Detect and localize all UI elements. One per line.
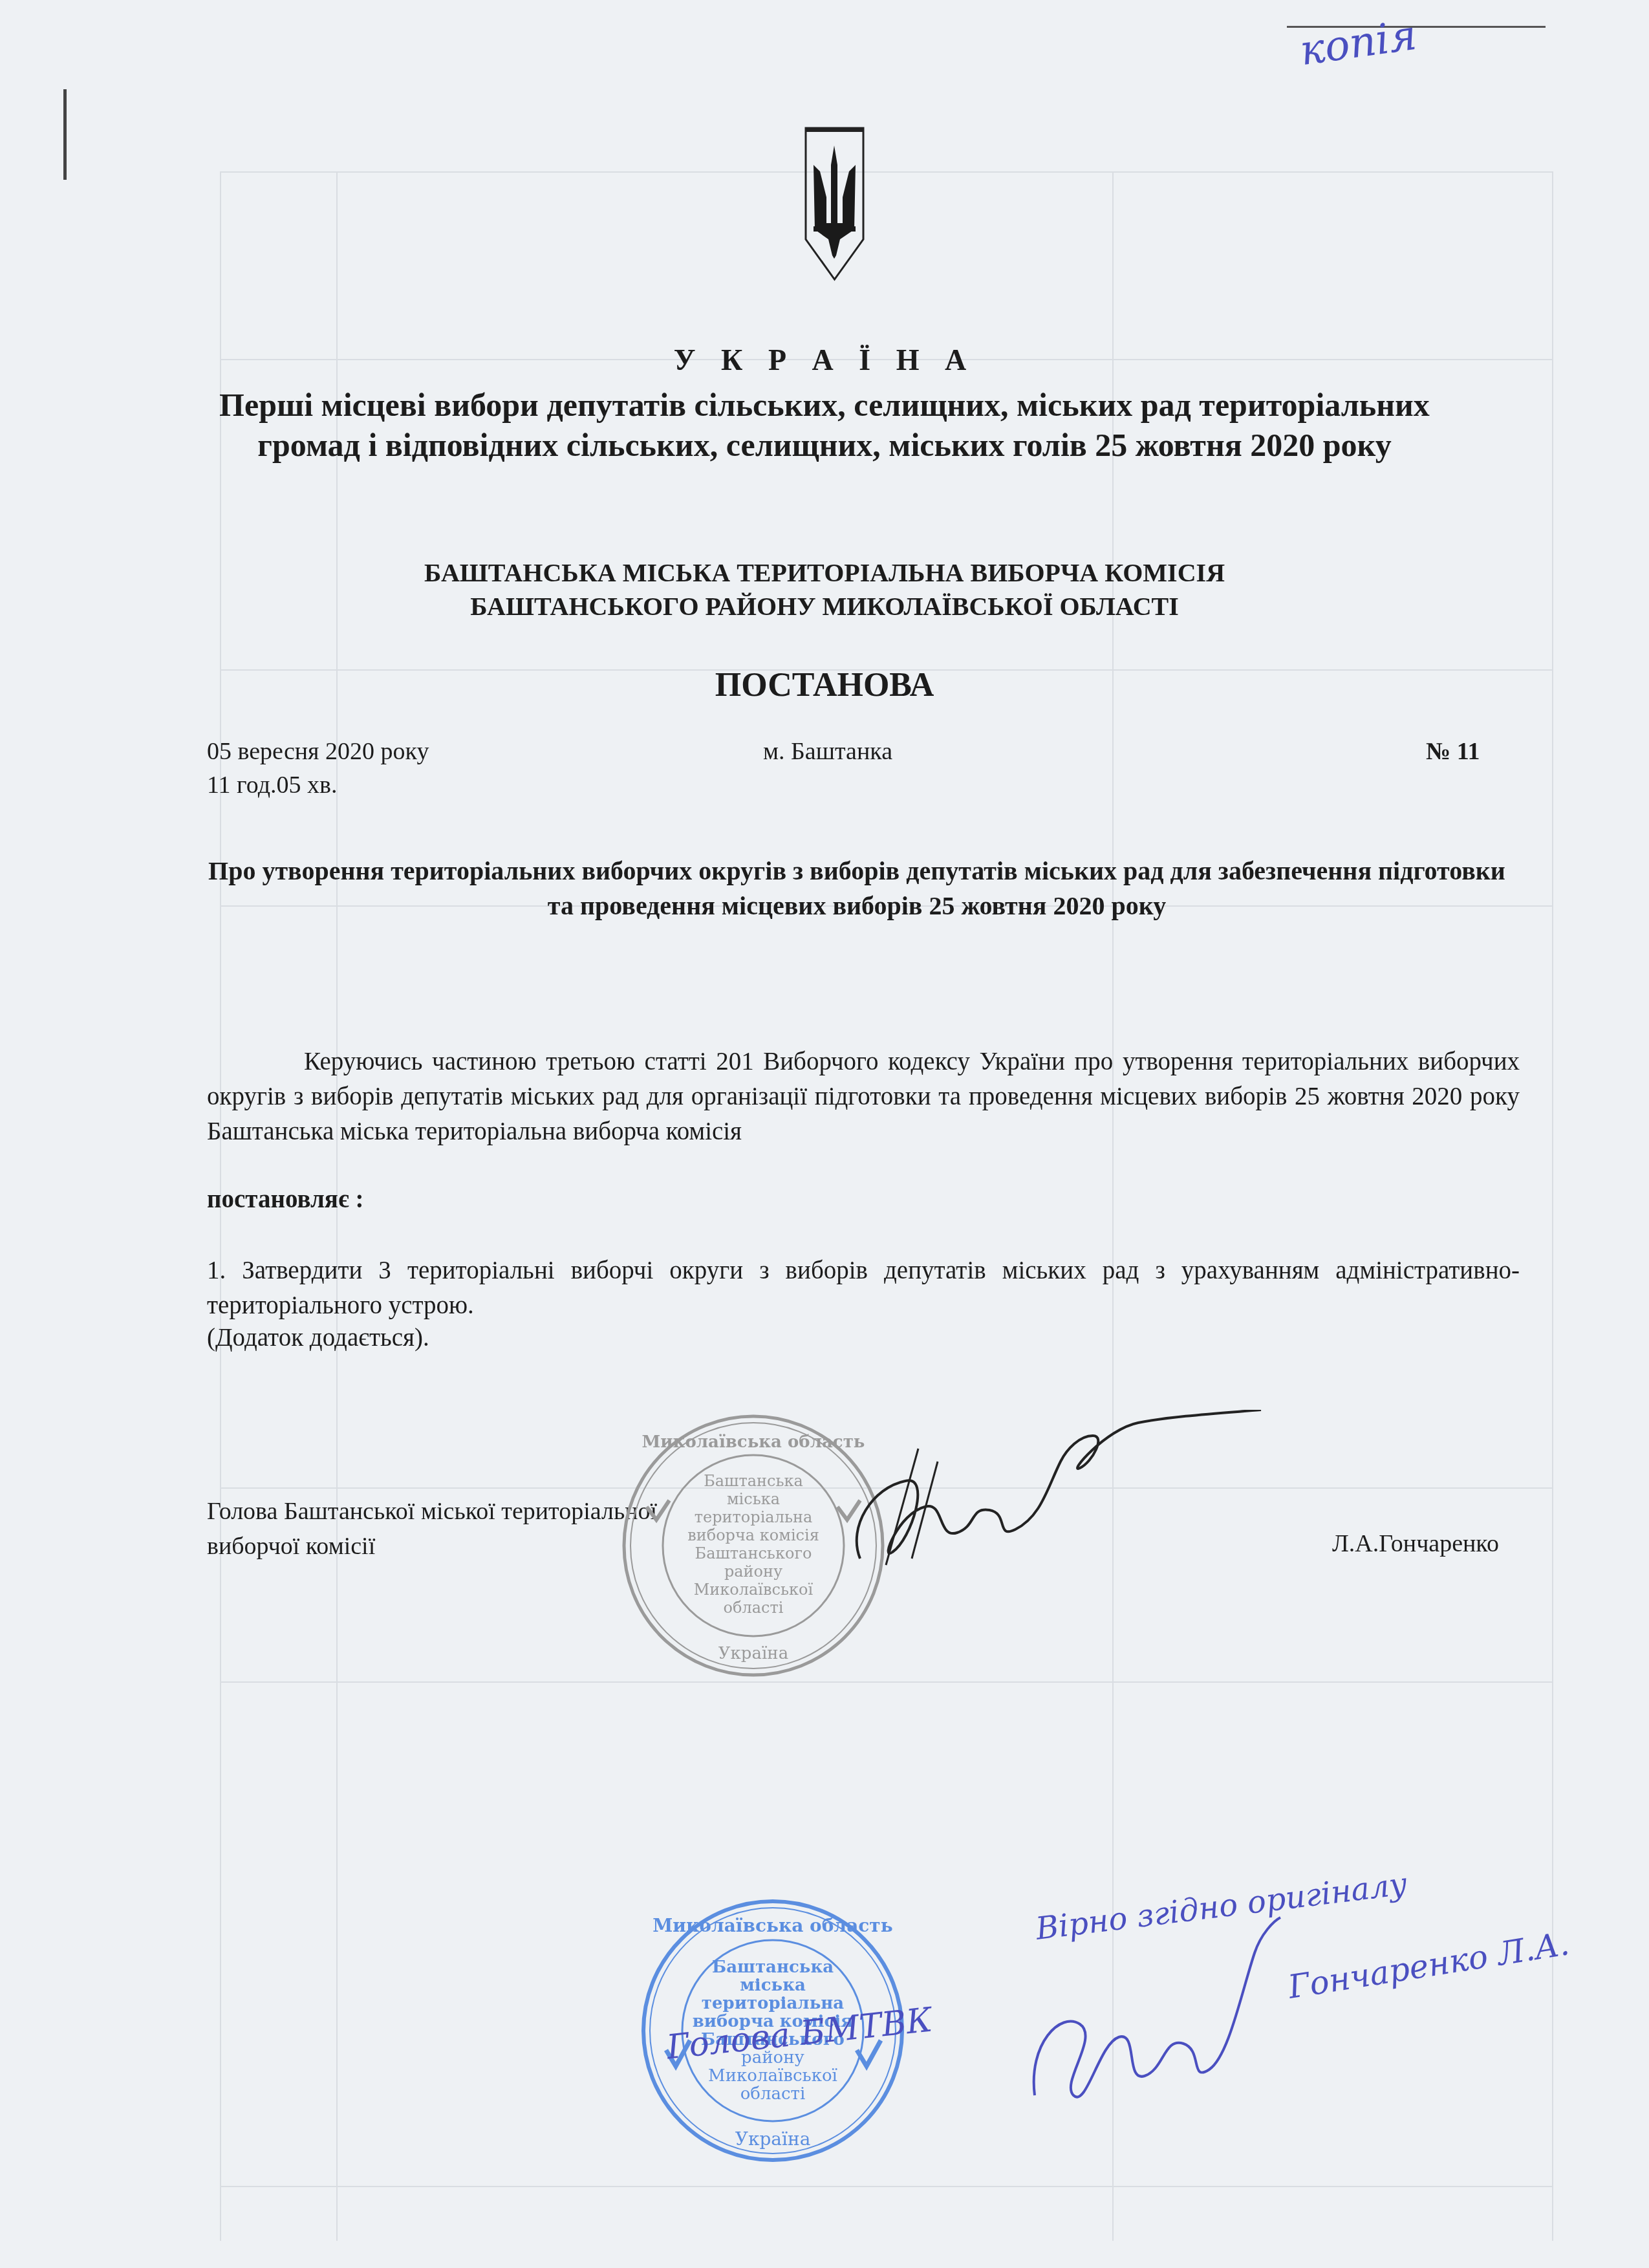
svg-text:Баштанська: Баштанська xyxy=(704,1472,803,1490)
country-heading: У К Р А Ї Н А xyxy=(194,343,1455,377)
document-time: 11 год.05 хв. xyxy=(207,771,337,799)
svg-text:Миколаївської: Миколаївської xyxy=(694,1581,814,1599)
resolution-item-1: 1. Затвердити 3 територіальні виборчі ок… xyxy=(207,1253,1520,1323)
commission-line-1: БАШТАНСЬКА МІСЬКА ТЕРИТОРІАЛЬНА ВИБОРЧА … xyxy=(194,556,1455,590)
attachment-note: (Додаток додається). xyxy=(207,1323,429,1352)
svg-text:області: області xyxy=(740,2084,806,2104)
elections-heading: Перші місцеві вибори депутатів сільських… xyxy=(194,385,1455,465)
svg-text:міська: міська xyxy=(740,1976,806,1995)
svg-text:Миколаївська область: Миколаївська область xyxy=(652,1915,892,1936)
handwritten-copy-note: копія xyxy=(1297,12,1419,75)
signatory-role-line-2: виборчої комісії xyxy=(207,1529,657,1564)
signatory-role-line-1: Голова Баштанської міської територіально… xyxy=(207,1494,657,1529)
trident-emblem-icon xyxy=(804,126,865,281)
svg-text:Україна: Україна xyxy=(718,1644,788,1663)
document-number: № 11 xyxy=(1426,737,1480,766)
document-place: м. Баштанка xyxy=(763,737,892,766)
bleed-through-line xyxy=(220,1681,1552,1683)
bleed-through-line xyxy=(220,171,1552,173)
certifier-name: Гончаренко Л.А. xyxy=(1286,1925,1571,2006)
document-type-heading: ПОСТАНОВА xyxy=(194,666,1455,704)
document-page: копія У К Р А Ї Н А Перші місцеві вибори… xyxy=(0,0,1649,2268)
svg-text:Баштанського: Баштанського xyxy=(695,1544,812,1562)
signatory-name: Л.А.Гончаренко xyxy=(1332,1529,1499,1558)
svg-text:Україна: Україна xyxy=(735,2128,811,2150)
certifier-signature xyxy=(1022,1914,1293,2108)
document-date: 05 вересня 2020 року xyxy=(207,737,429,766)
svg-text:виборча комісія: виборча комісія xyxy=(687,1526,819,1544)
signatory-role: Голова Баштанської міської територіально… xyxy=(207,1494,657,1564)
document-subject: Про утворення територіальних виборчих ок… xyxy=(194,854,1520,923)
svg-text:територіальна: територіальна xyxy=(702,1994,844,2013)
svg-text:району: району xyxy=(724,1562,782,1581)
commission-heading: БАШТАНСЬКА МІСЬКА ТЕРИТОРІАЛЬНА ВИБОРЧА … xyxy=(194,556,1455,623)
margin-mark xyxy=(63,89,67,180)
chairman-signature xyxy=(834,1410,1267,1578)
bleed-through-line xyxy=(220,2186,1552,2187)
svg-text:Миколаївської: Миколаївської xyxy=(708,2066,837,2086)
svg-text:області: області xyxy=(724,1599,784,1617)
commission-line-2: БАШТАНСЬКОГО РАЙОНУ МИКОЛАЇВСЬКОЇ ОБЛАСТ… xyxy=(194,590,1455,623)
svg-text:Баштанська: Баштанська xyxy=(712,1958,834,1977)
svg-text:Миколаївська область: Миколаївська область xyxy=(642,1432,865,1452)
preamble-paragraph: Керуючись частиною третьою статті 201 Ви… xyxy=(207,1044,1520,1149)
svg-text:міська: міська xyxy=(727,1490,780,1508)
resolves-label: постановляє : xyxy=(207,1185,364,1214)
svg-text:територіальна: територіальна xyxy=(695,1508,813,1526)
